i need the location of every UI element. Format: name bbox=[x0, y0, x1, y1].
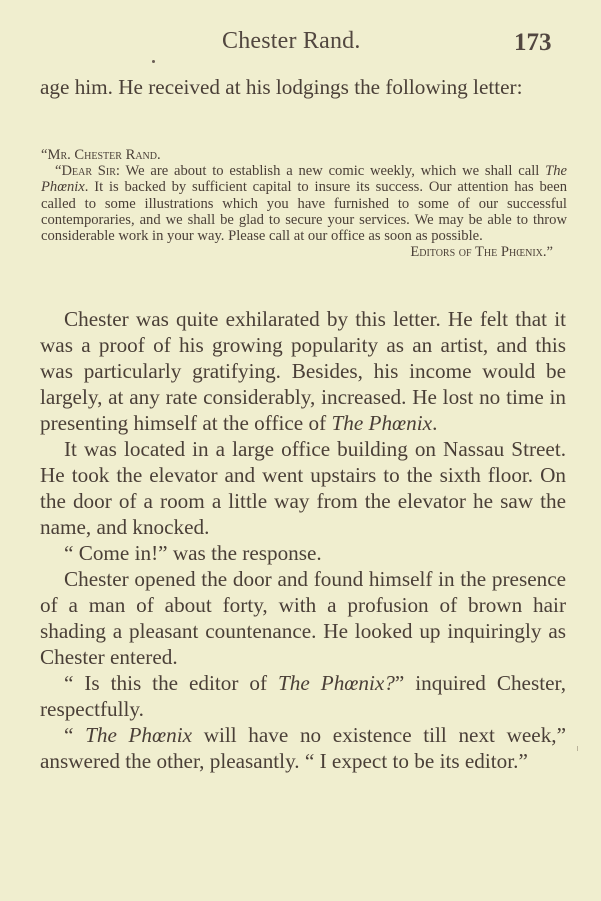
page-number: 173 bbox=[514, 29, 552, 57]
letter-signature: Editors of The Phœnix.” bbox=[41, 244, 567, 260]
book-page: Chester Rand. 173 age him. He received a… bbox=[0, 0, 601, 901]
paragraph-5: “ Is this the editor of The Phœnix?” inq… bbox=[40, 670, 566, 722]
letter-addressee: “Mr. Chester Rand. bbox=[41, 147, 567, 163]
letter-body: “Dear Sir: We are about to establish a n… bbox=[41, 163, 567, 244]
paragraph-4: Chester opened the door and found himsel… bbox=[40, 566, 566, 670]
paragraph-6: “ The Phœnix will have no existence till… bbox=[40, 722, 566, 774]
paragraph-5-text: “ Is this the editor of bbox=[64, 671, 278, 695]
paragraph-1-end: . bbox=[432, 411, 437, 435]
letter-body-part-1: We are about to establish a new comic we… bbox=[120, 163, 545, 179]
paragraph-2: It was located in a large office buildin… bbox=[40, 436, 566, 540]
paragraph-6-italic: The Phœnix bbox=[85, 723, 192, 747]
intro-text: age him. He received at his lodgings the… bbox=[40, 74, 566, 100]
print-speck bbox=[152, 60, 155, 63]
running-head: Chester Rand. 173 bbox=[0, 28, 601, 58]
paragraph-6-open-quote: “ bbox=[64, 723, 85, 747]
intro-paragraph: age him. He received at his lodgings the… bbox=[40, 74, 566, 100]
letter-greeting: “Dear Sir: bbox=[55, 163, 120, 179]
paragraph-3: “ Come in!” was the response. bbox=[40, 540, 566, 566]
paragraph-1: Chester was quite exhilarated by this le… bbox=[40, 306, 566, 436]
running-title: Chester Rand. bbox=[222, 28, 361, 55]
quoted-letter: “Mr. Chester Rand. “Dear Sir: We are abo… bbox=[41, 147, 567, 260]
main-text: Chester was quite exhilarated by this le… bbox=[40, 306, 566, 774]
paragraph-1-italic: The Phœnix bbox=[331, 411, 432, 435]
paragraph-5-italic: The Phœnix? bbox=[278, 671, 395, 695]
print-speck-margin bbox=[577, 746, 578, 751]
paragraph-1-text: Chester was quite exhilarated by this le… bbox=[40, 307, 566, 435]
letter-body-part-2: . It is backed by sufficient capital to … bbox=[41, 179, 567, 244]
